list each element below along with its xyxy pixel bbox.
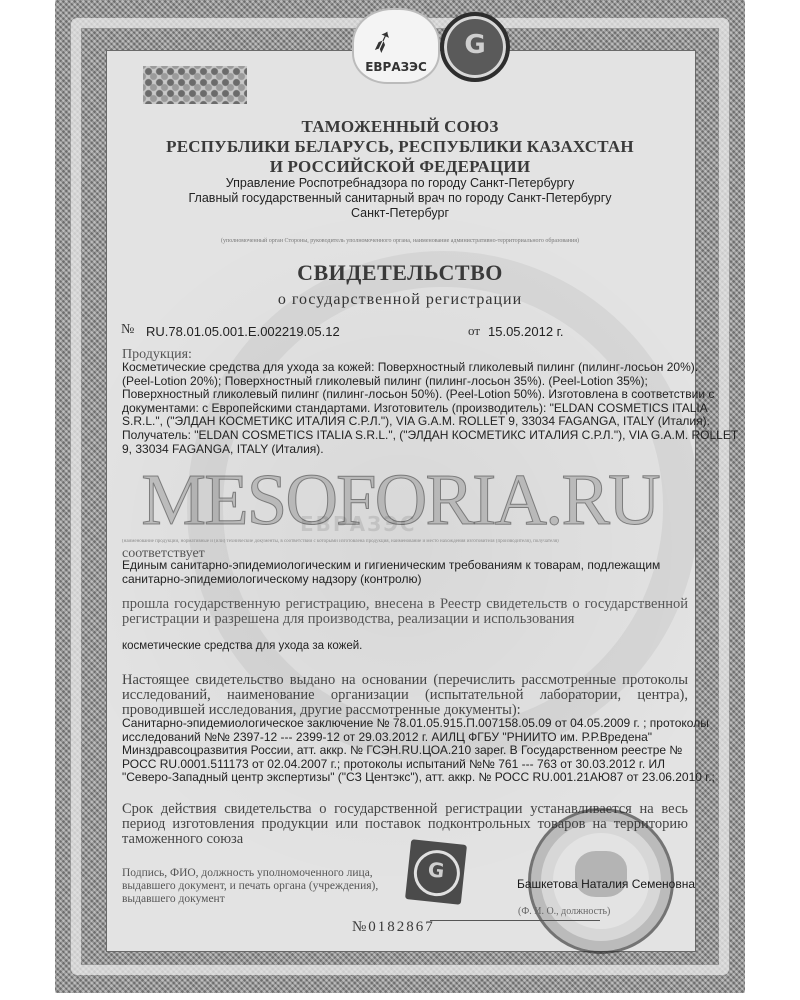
signature-line xyxy=(430,920,600,921)
issuer-heading: ТАМОЖЕННЫЙ СОЮЗ РЕСПУБЛИКИ БЕЛАРУСЬ, РЕС… xyxy=(106,117,694,177)
document-subtitle: о государственной регистрации xyxy=(106,291,694,309)
document-title: СВИДЕТЕЛЬСТВО xyxy=(106,260,694,286)
signatory-caption: (Ф. И. О., должность) xyxy=(518,906,610,917)
usage-scope: косметические средства для ухода за коже… xyxy=(122,640,362,652)
registration-number: RU.78.01.05.001.E.002219.05.12 xyxy=(146,324,340,339)
basis-documents: Санитарно-эпидемиологическое заключение … xyxy=(122,717,712,785)
authority-line: Санкт-Петербург xyxy=(106,206,694,221)
issuer-line: ТАМОЖЕННЫЙ СОЮЗ xyxy=(106,117,694,137)
serial-number: №0182867 xyxy=(352,919,435,936)
authority-block: Управление Роспотребнадзора по городу Са… xyxy=(106,176,694,221)
eaes-logo-label: ЕВРАЗЭС xyxy=(354,60,438,74)
product-description: Косметические средства для ухода за коже… xyxy=(122,361,702,456)
date-prefix: от xyxy=(468,323,480,339)
basis-intro: Настоящее свидетельство выдано на основа… xyxy=(122,673,688,718)
registration-date: 15.05.2012 г. xyxy=(488,324,563,339)
authority-line: Управление Роспотребнадзора по городу Са… xyxy=(106,176,694,191)
security-pattern xyxy=(143,66,247,104)
issuer-line: РЕСПУБЛИКИ БЕЛАРУСЬ, РЕСПУБЛИКИ КАЗАХСТА… xyxy=(106,137,694,157)
compliance-text: Единым санитарно-эпидемиологическим и ги… xyxy=(122,559,692,586)
issuer-line: И РОССИЙСКОЙ ФЕДЕРАЦИИ xyxy=(106,157,694,177)
authority-caption: (уполномоченный орган Стороны, руководит… xyxy=(106,238,694,244)
eaes-emblem-icon: ➶ xyxy=(365,21,401,62)
signature-label: Подпись, ФИО, должность уполномоченного … xyxy=(122,867,378,906)
registration-statement: прошла государственную регистрацию, внес… xyxy=(122,597,688,627)
product-caption: (наименование продукции, нормативные и (… xyxy=(122,539,692,544)
hologram-sticker-icon: G xyxy=(405,839,467,905)
signatory-name: Башкетова Наталия Семеновна xyxy=(517,877,695,891)
authority-line: Главный государственный санитарный врач … xyxy=(106,191,694,206)
hologram-seal-icon: G xyxy=(440,12,510,82)
number-sign: № xyxy=(121,322,134,338)
watermark-logo: ЕВРАЗЭС xyxy=(300,512,417,536)
eaes-logo: ➶ ЕВРАЗЭС xyxy=(352,8,440,84)
